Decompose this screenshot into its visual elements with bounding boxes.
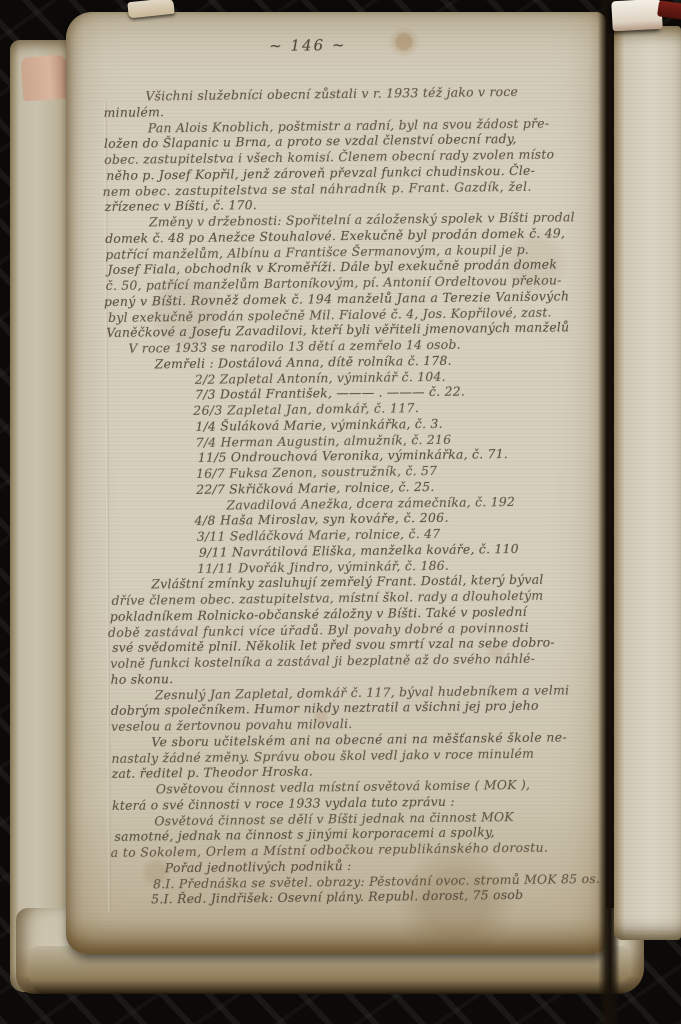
manuscript-page: ~ 146 ~ Všichni služebníci obecní zůstal… <box>66 12 606 954</box>
manuscript-text-block: ~ 146 ~ Všichni služebníci obecní zůstal… <box>103 33 592 908</box>
bookmark-tab <box>611 0 663 31</box>
manuscript-lines: Všichni služebníci obecní zůstali v r. 1… <box>103 83 591 908</box>
underlying-page-corner <box>21 54 70 101</box>
page-number: ~ 146 ~ <box>103 34 513 57</box>
facing-page-edge <box>614 26 681 940</box>
